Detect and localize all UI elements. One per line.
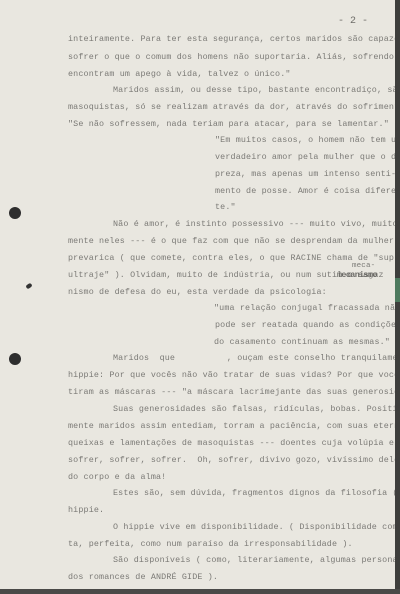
- punch-hole-top: [9, 207, 21, 219]
- text-line: "uma relação conjugal fracassada não: [214, 303, 400, 313]
- scan-edge-green-stripe: [395, 278, 400, 302]
- text-line: do casamento continuam as mesmas.": [214, 337, 390, 347]
- text-line: São disponíveis ( como, literariamente, …: [113, 555, 400, 565]
- text-line: Maridos que , ouçam este conselho tranqu…: [113, 353, 400, 363]
- text-line: sofrer, sofrer, sofrer. Oh, sofrer, divi…: [68, 455, 400, 465]
- text-line: te.": [215, 202, 236, 212]
- document-page: - 2 - inteiramente. Para ter esta segura…: [0, 0, 395, 589]
- text-line: mente neles --- é o que faz com que não …: [68, 236, 400, 246]
- page-number: - 2 -: [338, 16, 368, 27]
- text-line: "Se não sofressem, nada teriam para atac…: [68, 119, 389, 129]
- text-line: ta, perfeita, como num paraíso da irresp…: [68, 539, 353, 549]
- interlinear-correction: meca-: [352, 262, 375, 270]
- text-line: Suas generosidades são falsas, ridículas…: [113, 404, 400, 414]
- text-line: pode ser reatada quando as condições: [215, 320, 400, 330]
- text-line: do corpo e da alma!: [68, 472, 166, 482]
- text-line: O hippie vive em disponibilidade. ( Disp…: [113, 522, 400, 532]
- scan-edge-bottom: [0, 589, 400, 594]
- text-line: tiram as máscaras --- "a máscara lacrime…: [68, 387, 400, 397]
- text-line: Estes são, sem dúvida, fragmentos dignos…: [113, 488, 400, 498]
- ink-mark: [25, 283, 32, 290]
- text-line: nismo de defesa do eu, esta verdade da p…: [68, 287, 327, 297]
- text-line: Maridos assim, ou desse tipo, bastante e…: [113, 85, 400, 95]
- text-line: encontram um apego à vida, talvez o únic…: [68, 69, 291, 79]
- text-line: mente maridos assim entediam, torram a p…: [68, 421, 400, 431]
- text-line: "Em muitos casos, o homem não tem um: [215, 135, 400, 145]
- text-line: inteiramente. Para ter esta segurança, c…: [68, 34, 400, 44]
- text-line: masoquistas, só se realizam através da d…: [68, 102, 400, 112]
- text-line: hippie.: [68, 505, 104, 515]
- text-line: prevarica ( que comete, contra eles, o q…: [68, 253, 400, 263]
- text-line: preza, mas apenas um intenso senti-: [215, 169, 396, 179]
- text-line: queixas e lamentações de masoquistas ---…: [68, 438, 400, 448]
- text-line: verdadeiro amor pela mulher que o des-: [215, 152, 400, 162]
- text-line: mento de posse. Amor é coisa diferen-: [215, 186, 400, 196]
- text-line: sofrer o que o comum dos homens não supo…: [68, 52, 400, 62]
- text-line: hippie: Por que vocês não vão tratar de …: [68, 370, 400, 380]
- punch-hole-bottom: [9, 353, 21, 365]
- overtyped-word: mecanismo: [337, 270, 377, 280]
- text-line: dos romances de ANDRÉ GIDE ).: [68, 572, 218, 582]
- text-line: Não é amor, é instinto possessivo --- mu…: [113, 219, 400, 229]
